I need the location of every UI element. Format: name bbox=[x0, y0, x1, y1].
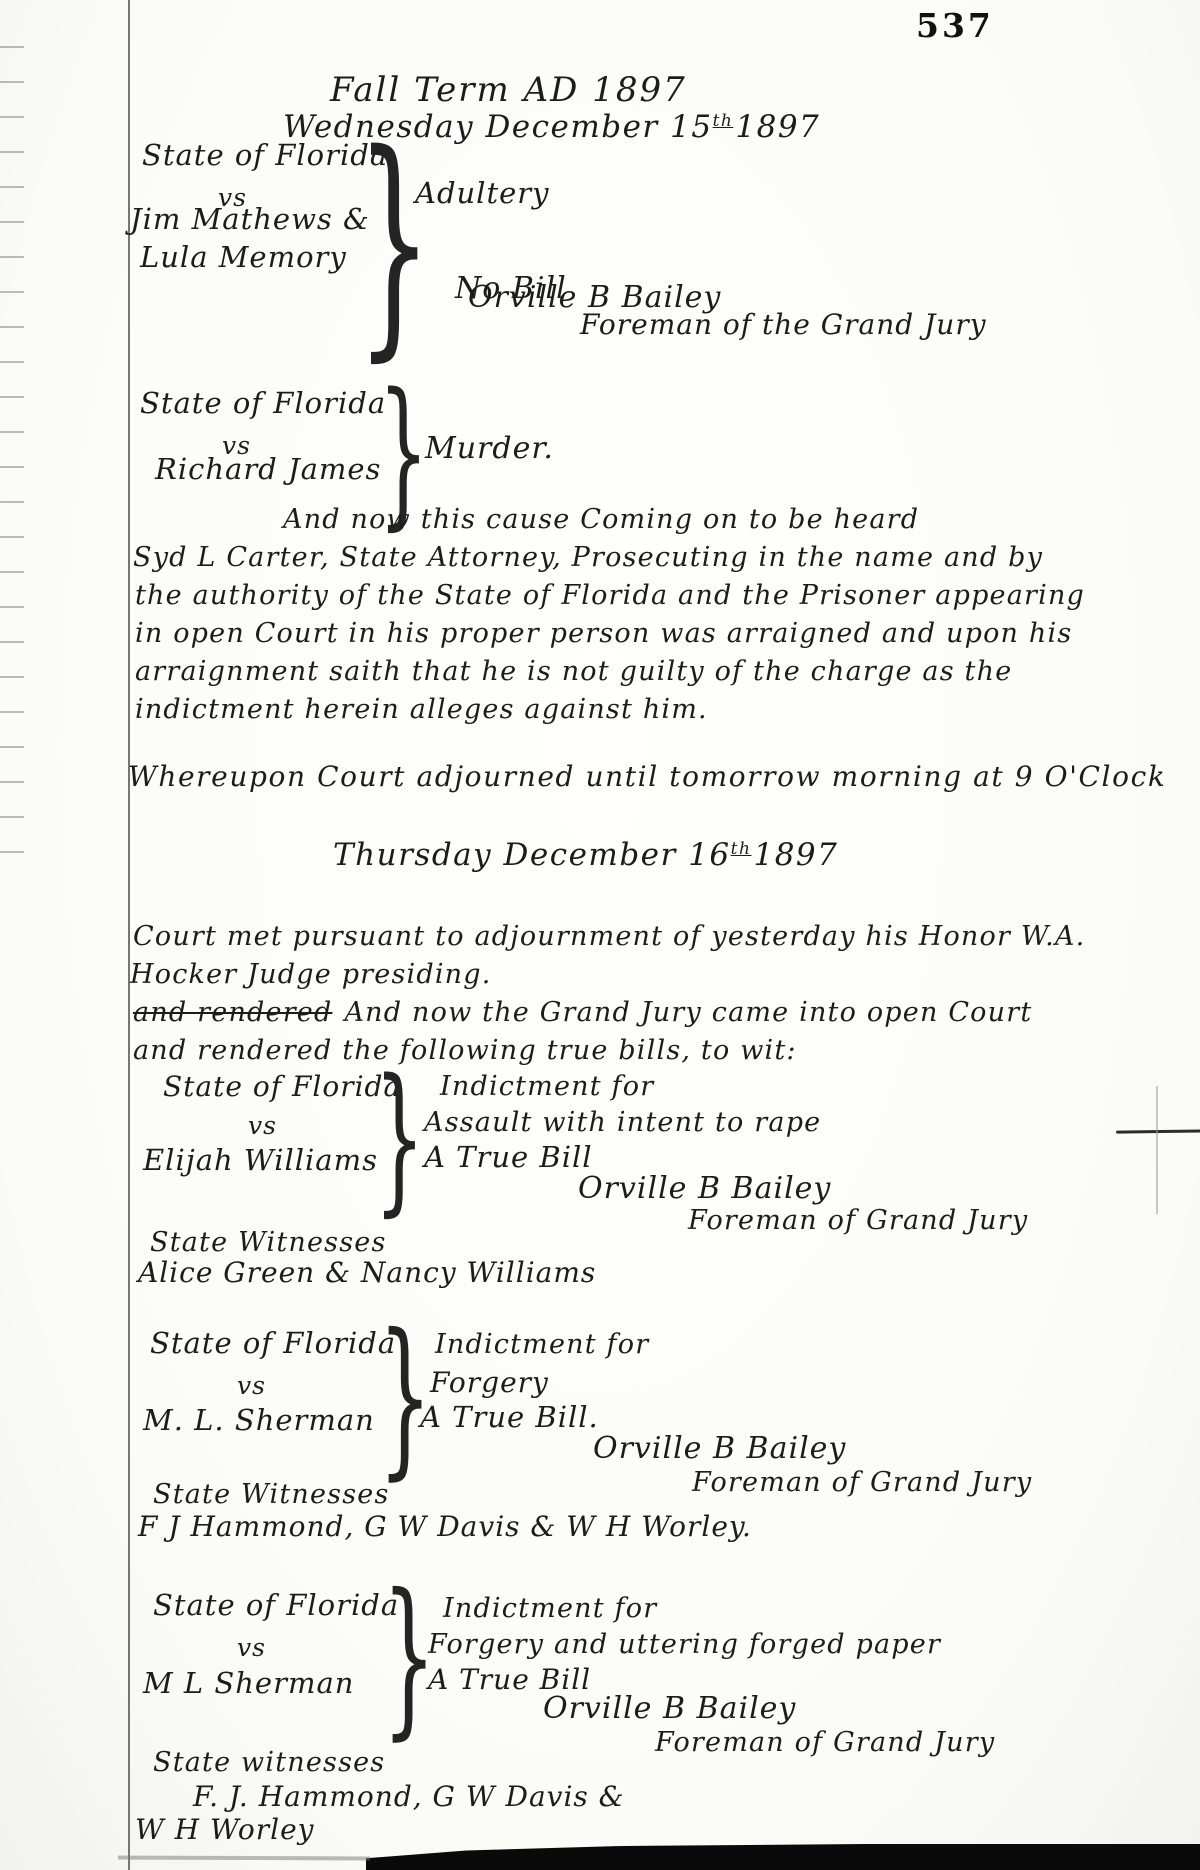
case5-defendant: M L Sherman bbox=[143, 1668, 354, 1700]
margin-ruling bbox=[0, 46, 24, 874]
case2-plaintiff: State of Florida bbox=[140, 388, 386, 420]
adjournment-line: Whereupon Court adjourned until tomorrow… bbox=[128, 762, 1166, 793]
case4-vs-label: vs bbox=[237, 1372, 266, 1400]
case5-witnesses-label: State witnesses bbox=[153, 1748, 385, 1778]
entry-line: the authority of the State of Florida an… bbox=[135, 581, 1085, 611]
case2-charge: Murder. bbox=[425, 432, 554, 465]
case4-plaintiff: State of Florida bbox=[150, 1328, 396, 1360]
session2-date-heading: Thursday December 16th1897 bbox=[333, 838, 838, 872]
case4-brace: } bbox=[378, 1312, 432, 1482]
case3-verdict: A True Bill bbox=[424, 1142, 593, 1174]
case3-charge: Assault with intent to rape bbox=[424, 1108, 821, 1138]
case4-indictment-label: Indictment for bbox=[435, 1330, 649, 1360]
session2-date-prefix: Thursday December 16 bbox=[333, 837, 731, 873]
case3-witnesses: Alice Green & Nancy Williams bbox=[138, 1258, 596, 1289]
scan-artifact-bar-tail bbox=[118, 1856, 370, 1861]
entry-line: And now this cause Coming on to be heard bbox=[283, 505, 919, 535]
session2-opening-2: Hocker Judge presiding. bbox=[130, 960, 492, 990]
case3-defendant: Elijah Williams bbox=[143, 1145, 378, 1177]
case1-defendant-1: Jim Mathews & bbox=[130, 204, 370, 236]
entry-line: arraignment saith that he is not guilty … bbox=[135, 657, 1012, 687]
case5-witnesses-2: W H Worley bbox=[135, 1815, 314, 1846]
grand-jury-text: And now the Grand Jury came into open Co… bbox=[344, 997, 1032, 1028]
case5-witnesses-1: F. J. Hammond, G W Davis & bbox=[193, 1782, 625, 1813]
entry-line: Syd L Carter, State Attorney, Prosecutin… bbox=[133, 543, 1043, 573]
case5-charge: Forgery and uttering forged paper bbox=[428, 1630, 941, 1660]
case4-verdict: A True Bill. bbox=[420, 1402, 599, 1434]
case4-witnesses: F J Hammond, G W Davis & W H Worley. bbox=[138, 1512, 752, 1543]
case4-witnesses-label: State Witnesses bbox=[153, 1480, 390, 1510]
left-margin-rule-line bbox=[128, 0, 130, 1870]
case5-signature-title: Foreman of Grand Jury bbox=[655, 1728, 995, 1758]
session-date-year: 1897 bbox=[735, 109, 820, 145]
struck-text: and rendered bbox=[133, 997, 332, 1028]
case3-brace: } bbox=[374, 1058, 425, 1218]
entry-line: indictment herein alleges against him. bbox=[135, 695, 708, 725]
case4-signature-title: Foreman of Grand Jury bbox=[692, 1468, 1032, 1498]
session2-date-year: 1897 bbox=[753, 837, 838, 873]
page-number: 537 bbox=[916, 6, 994, 45]
case3-signature-title: Foreman of Grand Jury bbox=[688, 1206, 1028, 1236]
session2-opening-1: Court met pursuant to adjournment of yes… bbox=[133, 922, 1085, 952]
case1-brace: } bbox=[356, 122, 432, 362]
case4-charge: Forgery bbox=[430, 1368, 549, 1399]
case3-vs-label: vs bbox=[248, 1112, 277, 1140]
case5-indictment-label: Indictment for bbox=[443, 1594, 657, 1624]
session2-date-ordinal: th bbox=[731, 839, 752, 859]
case1-signature-title: Foreman of the Grand Jury bbox=[580, 310, 987, 341]
case2-defendant: Richard James bbox=[155, 454, 381, 486]
case3-indictment-label: Indictment for bbox=[440, 1072, 654, 1102]
case4-defendant: M. L. Sherman bbox=[143, 1405, 375, 1437]
entry-line: in open Court in his proper person was a… bbox=[135, 619, 1072, 649]
right-margin-rule-line bbox=[1156, 1086, 1158, 1214]
case3-signature-name: Orville B Bailey bbox=[578, 1172, 831, 1205]
case1-plaintiff: State of Florida bbox=[142, 140, 388, 172]
session2-grand-jury-2: and rendered the following true bills, t… bbox=[133, 1036, 797, 1066]
case1-defendant-2: Lula Memory bbox=[140, 242, 347, 274]
case4-signature-name: Orville B Bailey bbox=[593, 1432, 846, 1465]
case5-plaintiff: State of Florida bbox=[153, 1590, 399, 1622]
case3-witnesses-label: State Witnesses bbox=[150, 1228, 387, 1258]
case5-vs-label: vs bbox=[237, 1634, 266, 1662]
session-date-ordinal: th bbox=[713, 111, 734, 131]
court-record-page: 537 Fall Term AD 1897 Wednesday December… bbox=[0, 0, 1200, 1870]
session2-grand-jury-1: and renderedAnd now the Grand Jury came … bbox=[133, 998, 1032, 1028]
case5-signature-name: Orville B Bailey bbox=[543, 1692, 796, 1725]
case3-plaintiff: State of Florida bbox=[163, 1072, 401, 1103]
scan-artifact-bar bbox=[366, 1844, 1200, 1870]
case1-charge: Adultery bbox=[415, 178, 550, 210]
